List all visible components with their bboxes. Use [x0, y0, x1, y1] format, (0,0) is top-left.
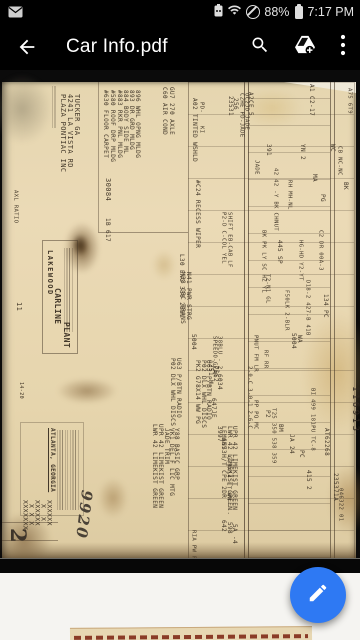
doc-text-column: YN 2: [299, 144, 305, 160]
doc-text-column: T25 350 538 359: [270, 408, 276, 464]
doc-text-column: T2-N1 GL: [264, 274, 270, 304]
doc-text-column: L30 ENG 350 2BBL: [178, 254, 184, 318]
table-rule: [98, 232, 188, 233]
doc-text-column: PLAZA PONTIAC INC: [59, 94, 66, 172]
plant-box-city: LAKEWOOD: [46, 250, 53, 296]
doc-text-column: WA: [296, 335, 302, 343]
search-button[interactable]: [250, 35, 270, 60]
edit-fab-button[interactable]: [290, 567, 346, 623]
doc-text-column: 6034: [216, 374, 222, 390]
micro-print: [64, 248, 73, 332]
doc-text-column: A02 TINTED WSHLD: [191, 98, 197, 162]
doc-text-column: 647JE: [210, 398, 216, 418]
red-dash-row: [74, 634, 308, 640]
doc-text-column: 14-20: [18, 382, 23, 399]
doc-text-column: KI: [198, 126, 204, 133]
doc-text-column: U63 P/BTN RADIO: [175, 358, 181, 418]
doc-text-column: A2CE 5: [247, 92, 253, 116]
doc-text-column: Y88 BASIC GRP: [173, 428, 179, 480]
doc-text-column: AT62268: [323, 428, 329, 456]
doc-text-column: XXXXXX: [46, 500, 53, 526]
doc-text-column: 11: [15, 302, 22, 311]
doc-text-column: 30084: [104, 178, 111, 201]
doc-text-column: 9920: [73, 489, 94, 540]
pdf-viewer[interactable]: LAKEWOOD CARLINE PLANT ATLANTA, GEORGIA …: [0, 70, 360, 640]
doc-text-column: MA: [311, 174, 317, 182]
doc-text-column: 2-0-C 3-0-1 2-6-C: [246, 366, 252, 429]
status-bar: 88% 7:17 PM: [0, 0, 360, 24]
do-not-disturb-icon: [246, 5, 260, 19]
wifi-icon: [227, 4, 242, 20]
table-rule: [354, 82, 355, 558]
doc-text-column: JA 24: [288, 434, 294, 454]
doc-text-column: RF RR: [262, 350, 268, 369]
next-scan-card-edge: [70, 626, 312, 640]
doc-text-column: P2-D C-COL YEL: [220, 212, 226, 264]
doc-text-column: F50LK 2-BLR: [283, 290, 289, 331]
plant-box-plant-label: PLANT: [62, 322, 70, 348]
doc-text-column: D18-2 427-B 41B: [304, 280, 310, 336]
doc-text-column: #580 ROOF DRP MLDG: [109, 90, 115, 162]
doc-text-column: AXL RATIO: [12, 190, 18, 223]
doc-text-column: PD-: [198, 102, 204, 113]
doc-text-column: BM: [277, 424, 283, 432]
back-button[interactable]: [14, 34, 40, 60]
stain: [152, 250, 176, 280]
overflow-menu-button[interactable]: [340, 34, 346, 61]
micro-print: [57, 430, 79, 510]
clock-text: 7:17 PM: [307, 5, 354, 19]
doc-text-column: G78X14 LT-WN----: [225, 456, 231, 515]
doc-text-column: PNUT FM LR: [252, 335, 258, 372]
doc-text-column: 2: [8, 528, 29, 543]
city-header: ATLANTA, GEORGIA: [49, 428, 55, 492]
app-bar: Car Info.pdf: [0, 24, 360, 70]
doc-text-column: PC: [298, 450, 304, 458]
battery-icon: [295, 6, 303, 19]
doc-text-column: 5004: [190, 334, 196, 350]
mail-notification-icon: [8, 5, 23, 23]
doc-text-column: 116913: [350, 386, 359, 434]
doc-text-column: BI 499 181PU TC-8: [309, 388, 315, 451]
page-edge-shadow: [2, 542, 356, 558]
doc-text-column: 1B 617: [104, 218, 110, 242]
doc-text-column: BK: [342, 182, 348, 190]
battery-saver-icon: [214, 4, 223, 20]
doc-text-column: TUCKER GA: [73, 94, 80, 136]
doc-text-column: GU7 270 AXLE: [168, 87, 174, 135]
doc-text-column: RH MH-NL: [286, 180, 292, 210]
doc-text-column: C60 AIR COND: [161, 87, 167, 135]
add-to-drive-button[interactable]: [294, 35, 316, 60]
doc-text-column: 4241 LA VISTA RD: [66, 94, 73, 168]
doc-text-column: PG: [319, 194, 325, 202]
doc-text-column: C2 DR 00A-3: [317, 230, 323, 271]
doc-text-column: SHIFT EB-CAB LF: [226, 212, 232, 268]
battery-percent-text: 88%: [264, 5, 289, 19]
doc-text-column: CB NC-NC: [336, 146, 342, 176]
micro-print: [52, 86, 56, 128]
doc-text-column: A75 6T9: [346, 88, 352, 114]
doc-text-column: #630 FLOOR CARPET: [102, 90, 108, 158]
doc-text-column: WC: [329, 144, 335, 152]
phone-screen: 88% 7:17 PM Car Info.pdf: [0, 0, 360, 640]
doc-text-column: UPR 42 LIMEKIST GREEN: [231, 426, 237, 510]
stain: [98, 478, 128, 518]
doc-text-column: 896 WHL OPNG MLDG: [134, 90, 140, 158]
table-rule: [248, 82, 249, 558]
doc-text-column: 134 PC: [322, 294, 328, 318]
document-title: Car Info.pdf: [66, 36, 250, 58]
table-rule: [98, 82, 99, 232]
table-rule: [244, 82, 245, 558]
doc-text-column: 42 42 -Y BK CHNUT: [272, 168, 278, 231]
scanned-build-sheet-page: LAKEWOOD CARLINE PLANT ATLANTA, GEORGIA …: [2, 82, 356, 558]
doc-text-column: HG-HD Y2-YT: [297, 240, 303, 281]
stain: [0, 74, 52, 144]
doc-text-column: 046322 01: [337, 488, 343, 521]
doc-text-column: PP PQ MC: [252, 400, 258, 430]
plant-box-carline-label: CARLINE: [53, 288, 61, 325]
doc-text-column: 415 2: [305, 470, 311, 490]
doc-text-column: 445 SP: [276, 240, 282, 264]
stain: [57, 378, 117, 404]
doc-text-column: 6673: [220, 438, 226, 454]
doc-text-column: N41 PWR STRG: [185, 272, 191, 320]
doc-text-column: #C24 RECESS WIPER: [194, 180, 200, 248]
doc-text-column: 391: [265, 144, 271, 156]
doc-text-column: A1 C2-17: [308, 84, 314, 116]
table-rule: [330, 82, 331, 558]
pencil-edit-icon: [307, 582, 329, 609]
doc-text-column: JADE: [253, 160, 259, 175]
